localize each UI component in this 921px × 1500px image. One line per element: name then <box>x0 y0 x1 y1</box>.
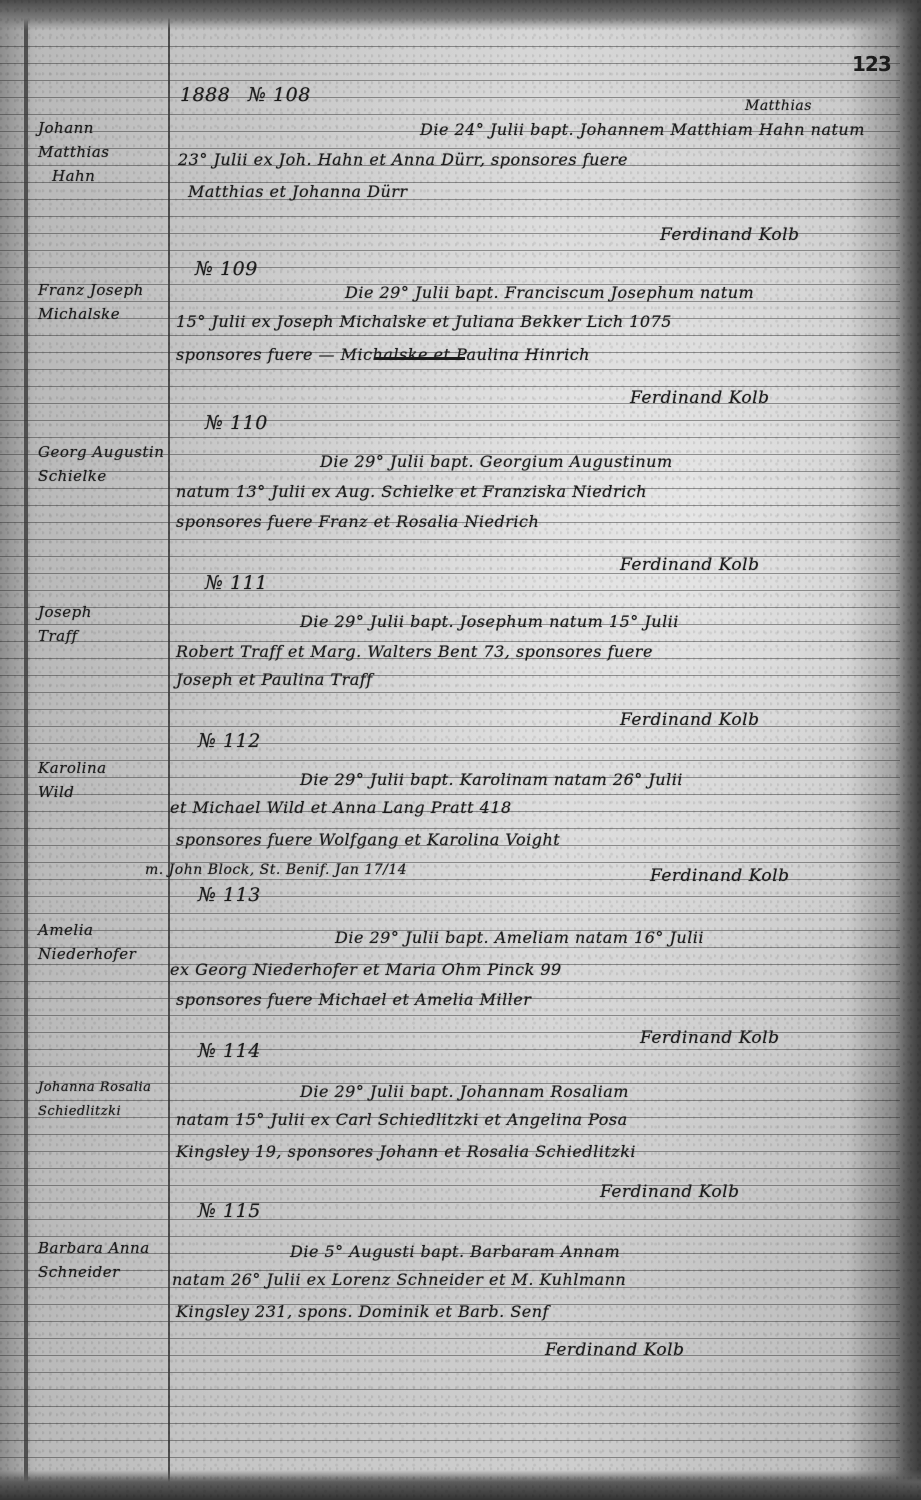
name-column-rule <box>168 0 170 1500</box>
entry-number: № 111 <box>205 572 268 594</box>
margin-name-line: Wild <box>38 780 166 804</box>
entry-line: ex Georg Niederhofer et Maria Ohm Pinck … <box>170 960 562 979</box>
margin-name: Karolina Wild <box>38 756 166 804</box>
entry-line: Die 24° Julii bapt. Johannem Matthiam Ha… <box>420 120 865 139</box>
margin-name-line: Georg Augustin <box>38 440 166 464</box>
entry-line: natam 26° Julii ex Lorenz Schneider et M… <box>172 1270 626 1289</box>
entry-line: Die 5° Augusti bapt. Barbaram Annam <box>290 1242 620 1261</box>
margin-name-line: Amelia <box>38 918 166 942</box>
entry-line: et Michael Wild et Anna Lang Pratt 418 <box>170 798 512 817</box>
priest-signature: Ferdinand Kolb <box>600 1182 740 1202</box>
interlinear-insertion: Matthias <box>745 98 812 114</box>
entry-number: № 113 <box>198 884 261 906</box>
margin-name-line: Franz Joseph <box>38 278 166 302</box>
margin-name-line: Schielke <box>38 464 166 488</box>
entry-line: 23° Julii ex Joh. Hahn et Anna Dürr, spo… <box>178 150 628 169</box>
margin-name-line: Barbara Anna <box>38 1236 166 1260</box>
priest-signature: Ferdinand Kolb <box>630 388 770 408</box>
entry-number: № 115 <box>198 1200 261 1222</box>
entry-line: natum 13° Julii ex Aug. Schielke et Fran… <box>176 482 647 501</box>
scan-bottom-shadow <box>0 1470 921 1500</box>
entry-line: Kingsley 231, spons. Dominik et Barb. Se… <box>176 1302 549 1321</box>
entry-line: Kingsley 19, sponsores Johann et Rosalia… <box>176 1142 636 1161</box>
marriage-annotation: m. John Block, St. Benif. Jan 17/14 <box>145 862 407 878</box>
priest-signature: Ferdinand Kolb <box>650 866 790 886</box>
entry-line: sponsores fuere — Michalske et Paulina H… <box>176 345 590 364</box>
priest-signature: Ferdinand Kolb <box>660 225 800 245</box>
entry-line: Robert Traff et Marg. Walters Bent 73, s… <box>176 642 653 661</box>
strikethrough-mark <box>375 357 465 360</box>
entry-number: № 109 <box>195 258 258 280</box>
margin-name: Georg Augustin Schielke <box>38 440 166 488</box>
register-page: 123 1888 № 108 Johann Matthias Hahn Matt… <box>0 0 921 1500</box>
margin-name: Johann Matthias Hahn <box>38 116 166 188</box>
margin-name: Amelia Niederhofer <box>38 918 166 966</box>
margin-name-line: Traff <box>38 624 166 648</box>
margin-name-line: Michalske <box>38 302 166 326</box>
entry-number: № 112 <box>198 730 261 752</box>
outer-margin-rule <box>24 0 28 1500</box>
year-header: 1888 <box>180 84 230 106</box>
entry-line: Matthias et Johanna Dürr <box>188 182 408 201</box>
margin-name: Franz Joseph Michalske <box>38 278 166 326</box>
margin-name-line: Joseph <box>38 600 166 624</box>
margin-name-line: Schneider <box>38 1260 166 1284</box>
entry-line: Die 29° Julii bapt. Franciscum Josephum … <box>345 283 754 302</box>
margin-name-line: Schiedlitzki <box>38 1100 166 1124</box>
entry-line: Die 29° Julii bapt. Josephum natum 15° J… <box>300 612 679 631</box>
entry-line: Die 29° Julii bapt. Karolinam natam 26° … <box>300 770 683 789</box>
priest-signature: Ferdinand Kolb <box>640 1028 780 1048</box>
margin-name-line: Johanna Rosalia <box>38 1076 166 1100</box>
margin-name: Joseph Traff <box>38 600 166 648</box>
entry-line: sponsores fuere Wolfgang et Karolina Voi… <box>176 830 560 849</box>
entry-line: Joseph et Paulina Traff <box>176 670 373 689</box>
entry-line: Die 29° Julii bapt. Ameliam natam 16° Ju… <box>335 928 704 947</box>
entry-number: № 108 <box>248 84 311 106</box>
margin-name: Barbara Anna Schneider <box>38 1236 166 1284</box>
entry-line: Die 29° Julii bapt. Johannam Rosaliam <box>300 1082 629 1101</box>
entry-line: natam 15° Julii ex Carl Schiedlitzki et … <box>176 1110 628 1129</box>
margin-name-line: Niederhofer <box>38 942 166 966</box>
scan-right-shadow <box>895 0 921 1500</box>
priest-signature: Ferdinand Kolb <box>545 1340 685 1360</box>
page-number: 123 <box>852 52 891 76</box>
entry-number: № 114 <box>198 1040 261 1062</box>
entry-line: 15° Julii ex Joseph Michalske et Juliana… <box>176 312 672 331</box>
entry-line: sponsores fuere Franz et Rosalia Niedric… <box>176 512 539 531</box>
margin-name-line: Hahn <box>38 164 166 188</box>
entry-line: sponsores fuere Michael et Amelia Miller <box>176 990 531 1009</box>
margin-name-line: Johann Matthias <box>38 116 166 164</box>
entry-number: № 110 <box>205 412 268 434</box>
entry-line: Die 29° Julii bapt. Georgium Augustinum <box>320 452 673 471</box>
margin-name: Johanna Rosalia Schiedlitzki <box>38 1076 166 1124</box>
margin-name-line: Karolina <box>38 756 166 780</box>
priest-signature: Ferdinand Kolb <box>620 710 760 730</box>
scan-top-shadow <box>0 0 921 30</box>
priest-signature: Ferdinand Kolb <box>620 555 760 575</box>
